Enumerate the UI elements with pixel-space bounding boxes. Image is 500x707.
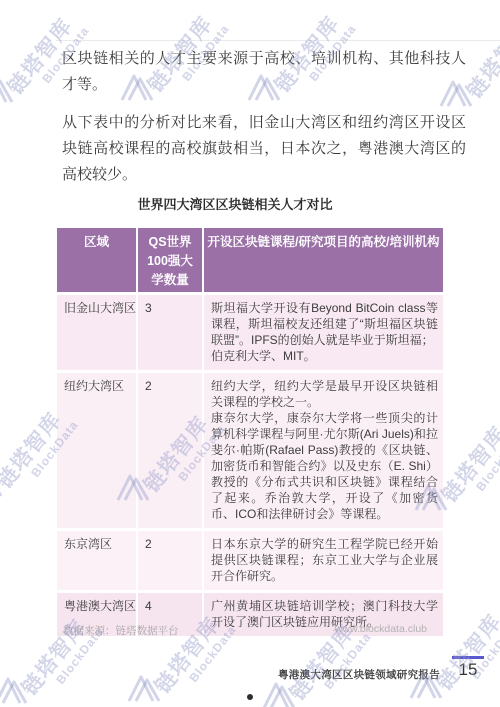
column-header: 区域 [57,228,137,294]
table-row: 纽约大湾区2纽约大学，纽约大学是最早开设区块链相关课程的学校之一。 康奈尔大学，… [57,372,443,530]
qs-count-cell: 3 [137,294,203,372]
institutions-cell: 纽约大学，纽约大学是最早开设区块链相关课程的学校之一。 康奈尔大学，康奈尔大学将… [203,372,443,530]
qs-count-cell: 2 [137,372,203,530]
qs-count-cell: 2 [137,530,203,592]
institutions-cell: 斯坦福大学开设有Beyond BitCoin class等课程，斯坦福校友还组建… [203,294,443,372]
table-title: 世界四大湾区区块链相关人才对比 [42,194,428,213]
report-page: 区块链相关的人才主要来源于高校、培训机构、其他科技人才等。 从下表中的分析对比来… [0,0,500,707]
table-footnote: 数据来源：链塔数据平台 www.blockdata.club [63,623,427,638]
column-header: QS世界100强大学数量 [137,228,203,294]
blockdata-logo-icon [262,680,298,707]
column-header: 开设区块链课程/研究项目的高校/培训机构 [203,228,443,294]
report-title: 粤港澳大湾区区块链领域研究报告 [278,667,440,682]
data-source-label: 数据来源：链塔数据平台 [63,623,179,638]
watermark-text-cn: 链塔智库 [434,415,500,509]
region-cell: 纽约大湾区 [57,372,137,530]
watermark-text-en: BlockData [473,432,500,494]
website-url: www.blockdata.club [335,623,427,638]
paragraph-talent-sources: 区块链相关的人才主要来源于高校、培训机构、其他科技人才等。 [62,46,466,98]
table-row: 旧金山大湾区3斯坦福大学开设有Beyond BitCoin class等课程，斯… [57,294,443,372]
footer-dot [247,694,253,700]
institutions-cell: 日本东京大学的研究生工程学院已经开始提供区块链课程；东京工业大学与企业展开合作研… [203,530,443,592]
region-cell: 旧金山大湾区 [57,294,137,372]
table-row: 东京湾区2日本东京大学的研究生工程学院已经开始提供区块链课程；东京工业大学与企业… [57,530,443,592]
page-footer: 粤港澳大湾区区块链领域研究报告 15 [278,656,484,682]
top-divider [56,40,500,41]
blockdata-logo-icon [0,468,5,498]
table-header: 区域QS世界100强大学数量开设区块链课程/研究项目的高校/培训机构 [57,228,443,294]
paragraph-comparison-analysis: 从下表中的分析对比来看，旧金山大湾区和纽约湾区开设区块链高校课程的高校旗鼓相当，… [62,110,466,188]
blockdata-logo-icon [127,673,163,703]
bay-area-comparison-table: 区域QS世界100强大学数量开设区块链课程/研究项目的高校/培训机构 旧金山大湾… [57,228,443,636]
blockdata-logo-icon [0,675,30,705]
page-number: 15 [452,656,484,680]
blockdata-logo-icon [0,74,16,104]
region-cell: 东京湾区 [57,530,137,592]
